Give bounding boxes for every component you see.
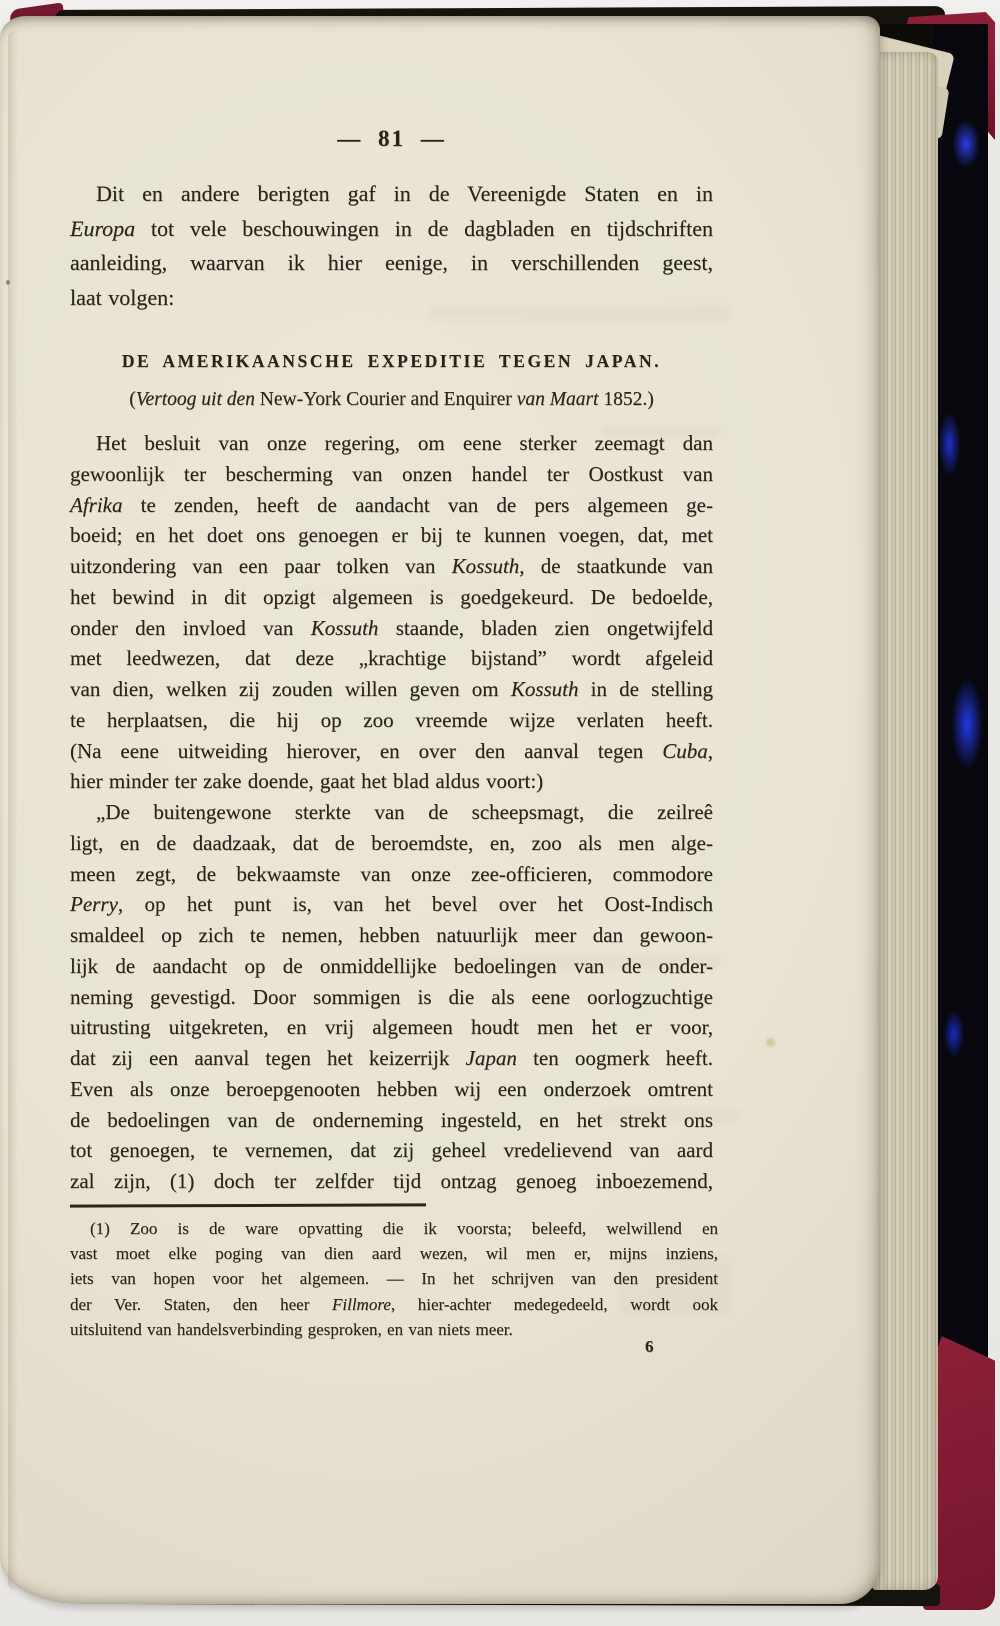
intro-paragraph: Dit en andere berigten gaf in de Vereeni… bbox=[70, 177, 713, 315]
text-line: dat zij een aanval tegen het keizerrijk … bbox=[70, 1043, 713, 1074]
text-line: uitrusting uitgekreten, en vrij algemeen… bbox=[70, 1012, 713, 1043]
text-line: onder den invloed van Kossuth staande, b… bbox=[70, 613, 713, 644]
text-line: het bewind in dit opzigt algemeen is goe… bbox=[70, 582, 713, 613]
text-line: Afrika te zenden, heeft de aandacht van … bbox=[70, 490, 713, 521]
text-line: Dit en andere berigten gaf in de Vereeni… bbox=[70, 177, 713, 212]
page-block-fore-edge bbox=[872, 52, 938, 1590]
text-line: (1) Zoo is de ware opvatting die ik voor… bbox=[70, 1216, 718, 1241]
paper-speck bbox=[6, 280, 10, 285]
text-line: uitsluitend van handelsverbinding gespro… bbox=[70, 1317, 718, 1342]
text-line: van dien, welken zij zouden willen geven… bbox=[70, 674, 713, 705]
text-line: „De buitengewone sterkte van de scheepsm… bbox=[70, 797, 713, 828]
book-photo: { "page": { "number_display": "— 81 —", … bbox=[0, 0, 1000, 1626]
section-source-line: (Vertoog uit den New-York Courier and En… bbox=[70, 389, 713, 411]
text-line: Even als onze beroepgenooten hebben wij … bbox=[70, 1074, 713, 1105]
text-line: te herplaatsen, die hij op zoo vreemde w… bbox=[70, 705, 713, 736]
paper-stain bbox=[766, 1038, 775, 1047]
text-line: de bedoelingen van de onderneming ingest… bbox=[70, 1105, 713, 1136]
text-line: Europa tot vele beschouwingen in de dagb… bbox=[70, 212, 713, 247]
article-body: Het besluit van onze regering, om eene s… bbox=[70, 428, 713, 1197]
footnote: (1) Zoo is de ware opvatting die ik voor… bbox=[70, 1216, 718, 1342]
text-line: laat volgen: bbox=[70, 281, 713, 316]
text-line: meen zegt, de bekwaamste van onze zee-of… bbox=[70, 859, 713, 890]
text-line: tot genoegen, te vernemen, dat zij gehee… bbox=[70, 1135, 713, 1166]
section-heading: DE AMERIKAANSCHE EXPEDITIE TEGEN JAPAN. bbox=[70, 351, 713, 372]
page-number: — 81 — bbox=[70, 126, 713, 152]
text-line: (Na eene uitweiding hierover, en over de… bbox=[70, 736, 713, 767]
text-line: der Ver. Staten, den heer Fillmore, hier… bbox=[70, 1292, 718, 1317]
text-line: boeid; en het doet ons genoegen er bij t… bbox=[70, 520, 713, 551]
text-line: ligt, en de daadzaak, dat de beroemdste,… bbox=[70, 828, 713, 859]
text-line: uitzondering van een paar tolken van Kos… bbox=[70, 551, 713, 582]
text-line: vast moet elke poging van dien aard weze… bbox=[70, 1241, 718, 1266]
text-line: iets van hopen voor het algemeen. — In h… bbox=[70, 1266, 718, 1291]
page-left-crease bbox=[8, 30, 22, 1590]
text-line: hier minder ter zake doende, gaat het bl… bbox=[70, 766, 713, 797]
text-line: Perry, op het punt is, van het bevel ove… bbox=[70, 889, 713, 920]
text-line: Het besluit van onze regering, om eene s… bbox=[70, 428, 713, 459]
signature-mark: 6 bbox=[645, 1337, 654, 1357]
text-line: met leedwezen, dat deze „krachtige bijst… bbox=[70, 643, 713, 674]
text-line: aanleiding, waarvan ik hier eenige, in v… bbox=[70, 246, 713, 281]
text-line: smaldeel op zich te nemen, hebben natuur… bbox=[70, 920, 713, 951]
text-line: lijk de aandacht op de onmiddellijke bed… bbox=[70, 951, 713, 982]
text-line: neming gevestigd. Door sommigen is die a… bbox=[70, 982, 713, 1013]
text-line: gewoonlijk ter bescherming van onzen han… bbox=[70, 459, 713, 490]
text-line: zal zijn, (1) doch ter zelfder tijd ontz… bbox=[70, 1166, 713, 1197]
